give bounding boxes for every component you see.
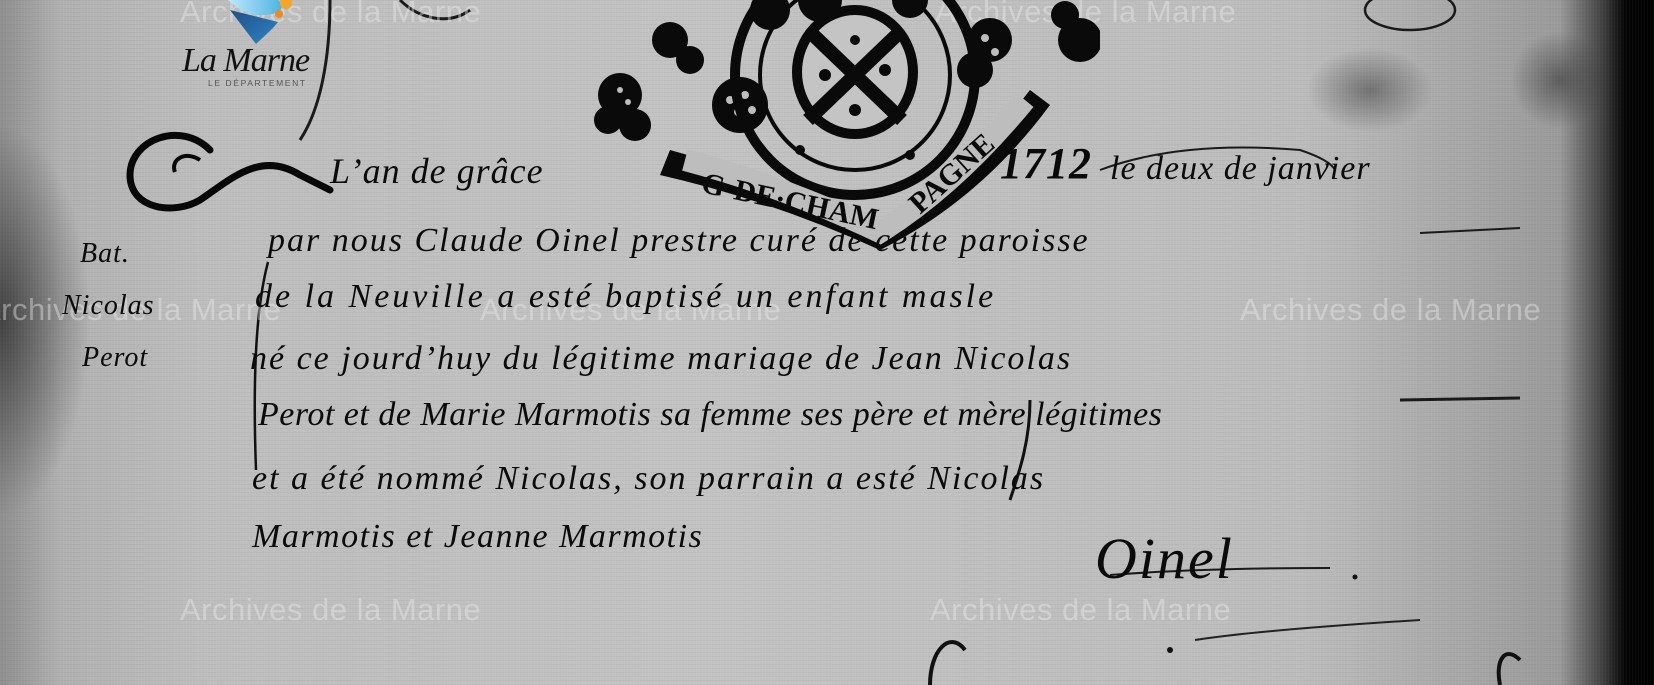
coat-of-arms-icon: G·DE·CHAM PAGNE <box>580 0 1100 250</box>
record-line: né ce jourd’huy du légitime mariage de J… <box>250 340 1072 378</box>
la-marne-logo: La Marne LE DÉPARTEMENT <box>178 0 318 92</box>
margin-note-line: Perot <box>82 342 148 374</box>
margin-note-line: Bat. <box>80 238 130 270</box>
record-line: Perot et de Marie Marmotis sa femme ses … <box>258 396 1162 434</box>
watermark: Archives de la Marne <box>930 592 1231 628</box>
logo-subtitle: LE DÉPARTEMENT <box>208 78 307 88</box>
record-year: 1712 <box>1000 138 1092 189</box>
record-line: L’an de grâce <box>330 150 544 192</box>
record-line: par nous Claude Oinel prestre curé de ce… <box>268 222 1090 260</box>
watermark: Archives de la Marne <box>1240 292 1541 328</box>
record-line: de la Neuville a esté baptisé un enfant … <box>255 278 996 316</box>
document-scan: Archives de la Marne Archives de la Marn… <box>0 0 1654 685</box>
priest-signature: Oinel <box>1095 525 1234 592</box>
record-line: Marmotis et Jeanne Marmotis <box>252 518 703 556</box>
champagne-tax-stamp: G·DE·CHAM PAGNE G·DE·CHAMPAGNE <box>580 0 1100 250</box>
logo-wordmark: La Marne <box>182 42 309 80</box>
record-line: et a été nommé Nicolas, son parrain a es… <box>252 460 1045 498</box>
record-line: le deux de janvier <box>1110 150 1371 188</box>
margin-note-line: Nicolas <box>62 290 155 322</box>
watermark: Archives de la Marne <box>180 592 481 628</box>
